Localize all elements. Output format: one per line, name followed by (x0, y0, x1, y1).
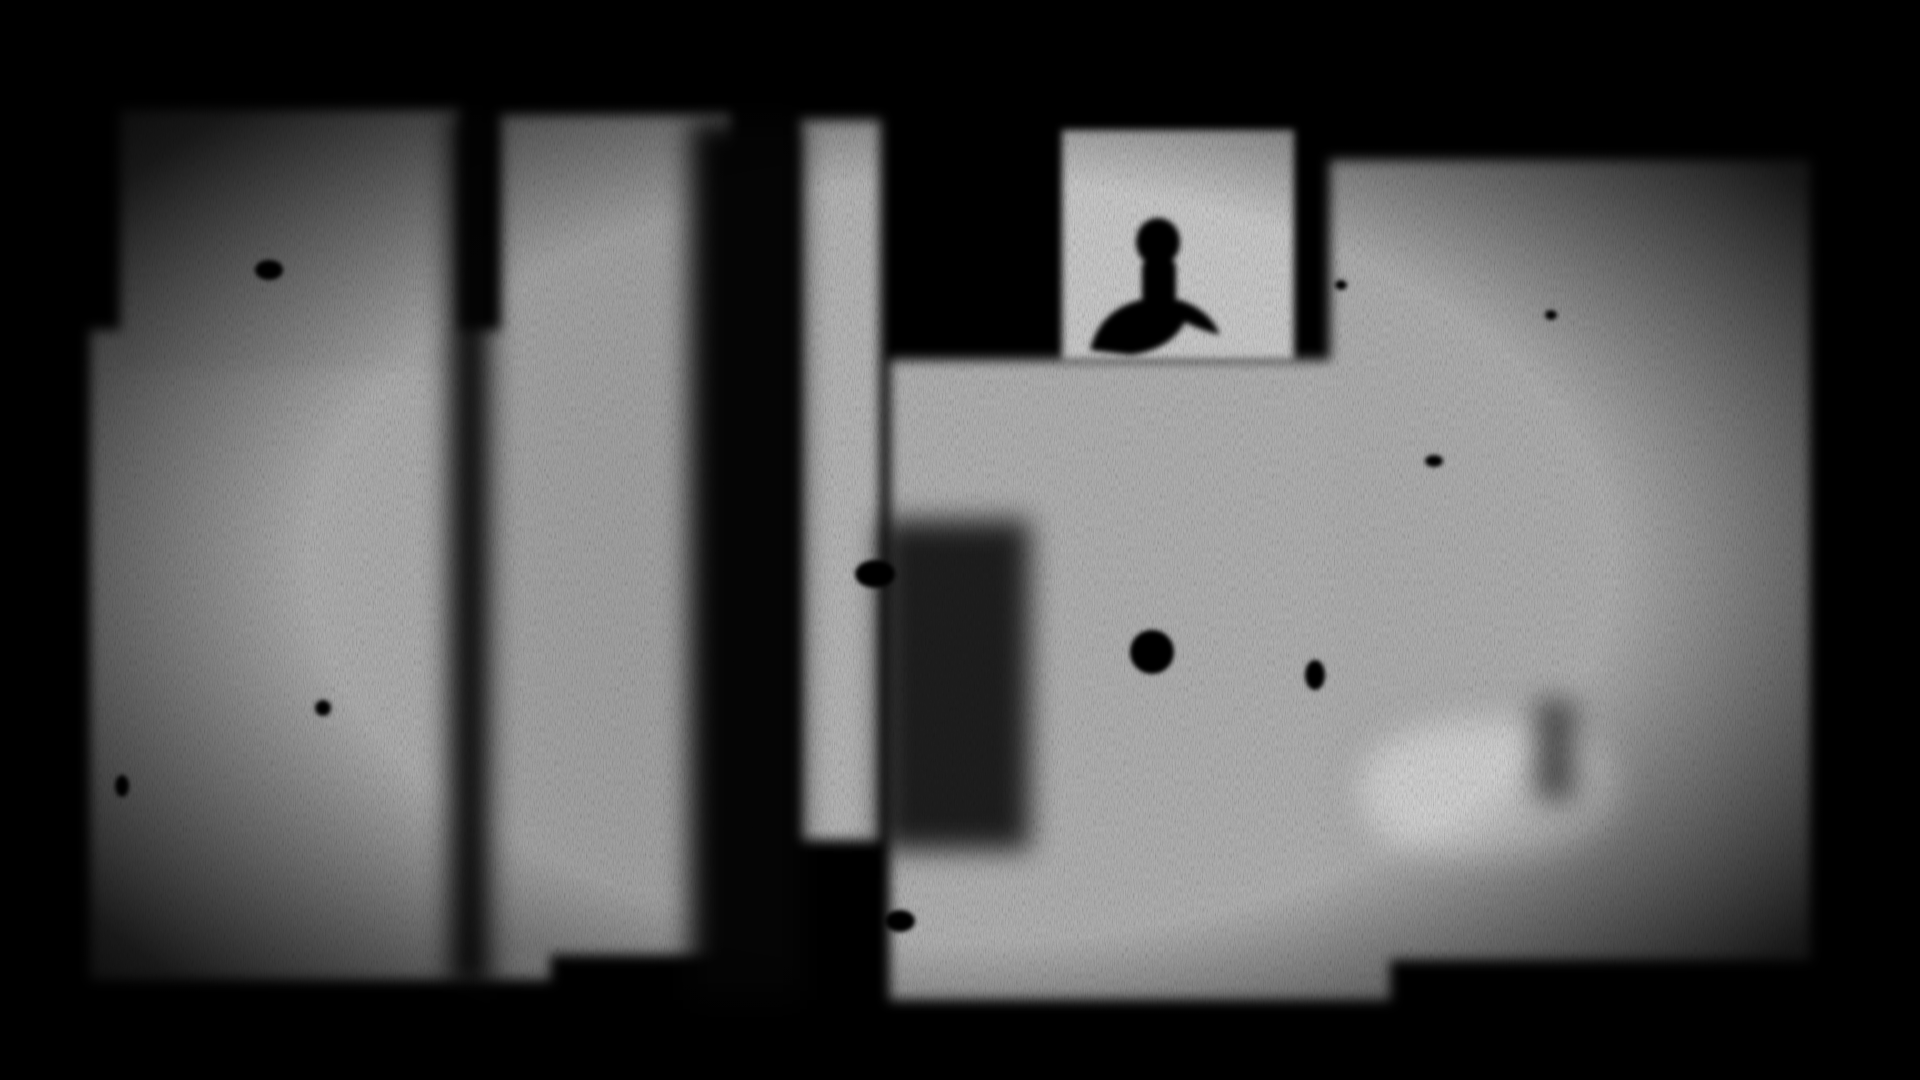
film-grain (0, 0, 1920, 1080)
film-still (0, 0, 1920, 1080)
